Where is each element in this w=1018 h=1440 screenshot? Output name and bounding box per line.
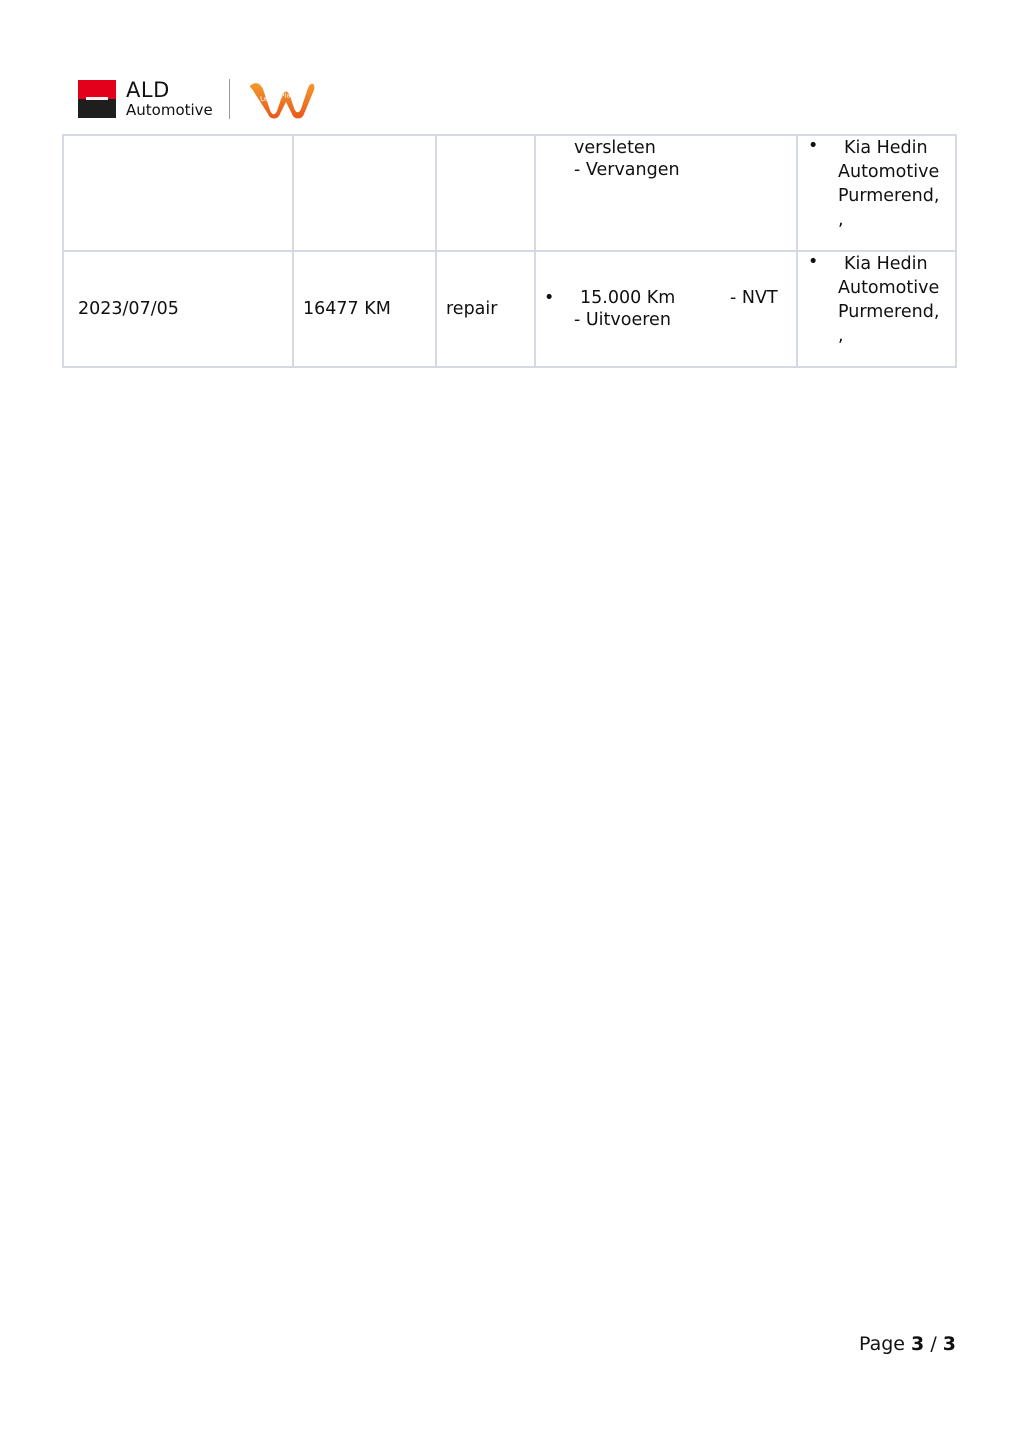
table-row: 2023/07/05 16477 KM repair • 15.000 Km -… [63,251,956,367]
description-line: versleten [574,138,656,158]
ald-wordmark: ALD Automotive [126,80,213,118]
type-cell: repair [436,251,535,367]
description-status: - NVT [730,288,778,308]
date-cell: 2023/07/05 [63,251,293,367]
page-label: Page [859,1333,905,1355]
page-separator: / [930,1333,936,1355]
leaseplan-logo-icon: LeasePlan [246,78,318,120]
workshop-cell: • Kia Hedin Automotive Purmerend, , [797,251,956,367]
description-action: - Uitvoeren [574,310,671,330]
workshop-line: Purmerend, [838,184,939,208]
workshop-line: Automotive [838,276,939,300]
bullet: • [544,288,554,308]
mileage-cell [293,135,436,251]
workshop-line: , [838,324,939,348]
date-cell [63,135,293,251]
workshop-line: Kia Hedin [838,252,939,276]
page-number: Page 3 / 3 [859,1333,956,1355]
ald-logo-icon [78,80,116,118]
mileage-cell: 16477 KM [293,251,436,367]
bullet: • [808,136,818,156]
current-page: 3 [911,1333,924,1355]
brand-secondary: Automotive [126,103,213,118]
description-cell: versleten - Vervangen [535,135,797,251]
logo-divider [229,79,230,119]
total-pages: 3 [943,1333,956,1355]
description-cell: • 15.000 Km - NVT - Uitvoeren [535,251,797,367]
workshop-line: Kia Hedin [838,136,939,160]
brand-primary: ALD [126,80,213,101]
workshop-line: Automotive [838,160,939,184]
bullet: • [808,252,818,272]
workshop-line: Purmerend, [838,300,939,324]
table-row: versleten - Vervangen • Kia Hedin Automo… [63,135,956,251]
type-cell [436,135,535,251]
workshop-cell: • Kia Hedin Automotive Purmerend, , [797,135,956,251]
header-logos: ALD Automotive LeasePlan [78,78,318,120]
maintenance-history-table: versleten - Vervangen • Kia Hedin Automo… [62,134,957,368]
description-line: - Vervangen [574,160,680,180]
workshop-line: , [838,208,939,232]
description-item: 15.000 Km [580,288,675,308]
